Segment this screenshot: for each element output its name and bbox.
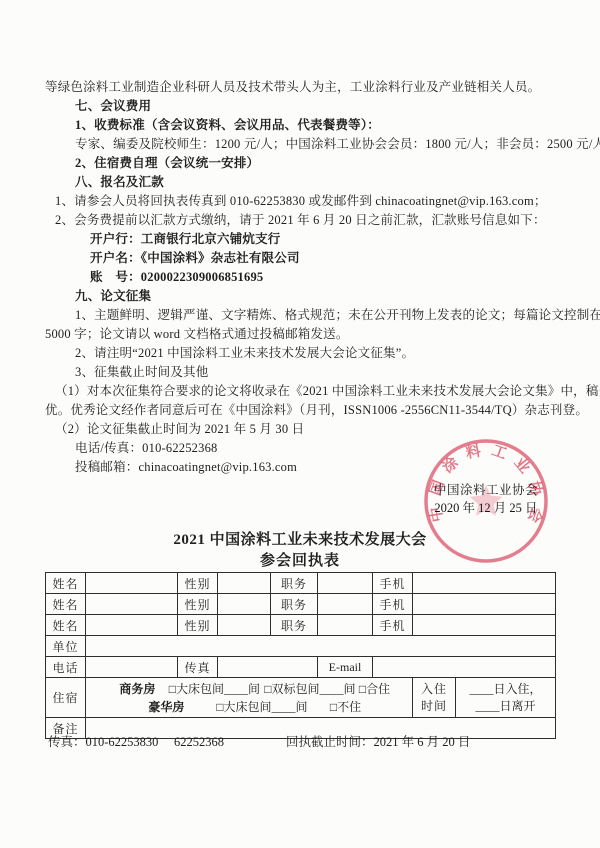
unit-row: 单位 [46, 636, 556, 657]
duty-input-cell [318, 573, 373, 594]
mobile-input-cell [413, 573, 556, 594]
gender-label: 性别 [178, 573, 218, 594]
name-label: 姓名 [46, 615, 86, 636]
footer-deadline: 回执截止时间：2021 年 6 月 20 日 [286, 735, 470, 749]
phone-label: 电话 [46, 657, 86, 678]
reply-form-subtitle: 参会回执表 [0, 551, 600, 572]
unit-input-cell [86, 636, 556, 657]
business-kingbed-checkbox-option: □大床包间____间 [168, 680, 261, 698]
gender-input-cell [218, 573, 271, 594]
duty-label: 职务 [271, 615, 318, 636]
fax-label: 传真 [178, 657, 218, 678]
gender-label: 性别 [178, 594, 218, 615]
email-input-cell [373, 657, 556, 678]
unit-label: 单位 [46, 636, 86, 657]
bank-branch-line: 开户行：工商银行北京六铺炕支行 [45, 230, 560, 249]
seal-organization-text: 中国涂料工业协会 [420, 481, 552, 499]
mobile-input-cell [413, 615, 556, 636]
fees-item-2: 2、住宿费自理（会议统一安排） [45, 154, 560, 173]
section-heading-registration: 八、报名及汇款 [45, 173, 560, 192]
mobile-label: 手机 [373, 573, 413, 594]
paragraph-line: 等绿色涂料工业制造企业科研人员及技术带头人为主，工业涂料行业及产业链相关人员。 [45, 78, 560, 97]
registration-item-1: 1、请参会人员将回执表传真到 010-62253830 或发邮件到 chinac… [45, 192, 560, 211]
attendee-row-1: 姓名 性别 职务 手机 [46, 573, 556, 594]
business-twinbed-checkbox-option: □双标包间____间 [264, 680, 356, 698]
gender-input-cell [218, 615, 271, 636]
checkin-label-line2: 时间 [413, 698, 455, 715]
no-stay-checkbox-option: □不住 [330, 698, 361, 716]
gender-input-cell [218, 594, 271, 615]
notice-body: 等绿色涂料工业制造企业科研人员及技术带头人为主，工业涂料行业及产业链相关人员。 … [45, 78, 560, 477]
attendee-row-2: 姓名 性别 职务 手机 [46, 594, 556, 615]
name-input-cell [86, 594, 178, 615]
papers-item-1b: 5000 字；论文请以 word 文档格式通过投稿邮箱发送。 [45, 325, 560, 344]
footer-fax-numbers: 传真：010-62253830 62252368 [48, 735, 224, 749]
deluxe-room-label: 豪华房 [144, 698, 189, 716]
contact-row: 电话 传真 E-mail [46, 657, 556, 678]
conference-title: 2021 中国涂料工业未来技术发展大会 [0, 529, 600, 551]
section-heading-fees: 七、会议费用 [45, 97, 560, 116]
accommodation-row: 住宿 商务房 □大床包间____间 □双标包间____间 □合住 豪华房 □大床… [46, 678, 556, 718]
seal-date-text: 2020 年 12 月 25 日 [420, 499, 552, 517]
accommodation-options-cell: 商务房 □大床包间____间 □双标包间____间 □合住 豪华房 □大床包间_… [86, 678, 413, 718]
duty-input-cell [318, 615, 373, 636]
duty-input-cell [318, 594, 373, 615]
business-room-label: 商务房 [115, 680, 160, 698]
gender-label: 性别 [178, 615, 218, 636]
papers-item-2: 2、请注明“2021 中国涂料工业未来技术发展大会论文征集”。 [45, 344, 560, 363]
checkin-time-input-cell: ____日入住， ____日离开 [456, 678, 556, 718]
name-label: 姓名 [46, 594, 86, 615]
checkin-label-line1: 入住 [413, 681, 455, 698]
accommodation-label: 住宿 [46, 678, 86, 718]
fax-input-cell [218, 657, 318, 678]
duty-label: 职务 [271, 573, 318, 594]
checkin-time-label: 入住 时间 [413, 678, 456, 718]
reply-form-title: 2021 中国涂料工业未来技术发展大会 参会回执表 [0, 529, 600, 572]
attendee-row-3: 姓名 性别 职务 手机 [46, 615, 556, 636]
share-room-checkbox-option: □合住 [359, 680, 390, 698]
name-label: 姓名 [46, 573, 86, 594]
mobile-label: 手机 [373, 615, 413, 636]
email-label: E-mail [318, 657, 373, 678]
registration-item-2: 2、会务费提前以汇款方式缴纳，请于 2021 年 6 月 20 日之前汇款，汇款… [45, 211, 560, 230]
business-room-line: 商务房 □大床包间____间 □双标包间____间 □合住 [86, 680, 412, 698]
papers-note-1a: （1）对本次征集符合要求的论文将收录在《2021 中国涂料工业未来技术发展大会论… [45, 382, 560, 401]
fees-prices-line: 专家、编委及院校师生：1200 元/人；中国涂料工业协会会员：1800 元/人；… [45, 135, 560, 154]
name-input-cell [86, 615, 178, 636]
bank-account-number-line: 账 号：0200022309006851695 [45, 268, 560, 287]
deluxe-kingbed-checkbox-option: □大床包间____间 [197, 698, 327, 716]
phone-input-cell [86, 657, 178, 678]
mobile-label: 手机 [373, 594, 413, 615]
papers-item-1a: 1、主题鲜明、逻辑严谨、文字精炼、格式规范；未在公开刊物上发表的论文；每篇论文控… [45, 306, 560, 325]
checkin-date-line: ____日入住， [456, 681, 555, 698]
mobile-input-cell [413, 594, 556, 615]
reply-form-table: 姓名 性别 职务 手机 姓名 性别 职务 手机 姓名 性别 职务 手机 [45, 572, 556, 739]
fees-item-1: 1、收费标准（含会议资料、会议用品、代表餐费等）： [45, 116, 560, 135]
section-heading-papers: 九、论文征集 [45, 287, 560, 306]
form-footer-line: 传真：010-62253830 62252368回执截止时间：2021 年 6 … [48, 733, 558, 751]
bank-account-name-line: 开户名：《中国涂料》杂志社有限公司 [45, 249, 560, 268]
papers-note-1b: 优。优秀论文经作者同意后可在《中国涂料》（月刊，ISSN1006 -2556CN… [45, 401, 560, 420]
checkout-date-line: ____日离开 [456, 698, 555, 715]
papers-item-3: 3、征集截止时间及其他 [45, 363, 560, 382]
scanned-document-page: 等绿色涂料工业制造企业科研人员及技术带头人为主，工业涂料行业及产业链相关人员。 … [0, 0, 600, 848]
duty-label: 职务 [271, 594, 318, 615]
deluxe-room-line: 豪华房 □大床包间____间 □不住 [86, 698, 412, 716]
name-input-cell [86, 573, 178, 594]
